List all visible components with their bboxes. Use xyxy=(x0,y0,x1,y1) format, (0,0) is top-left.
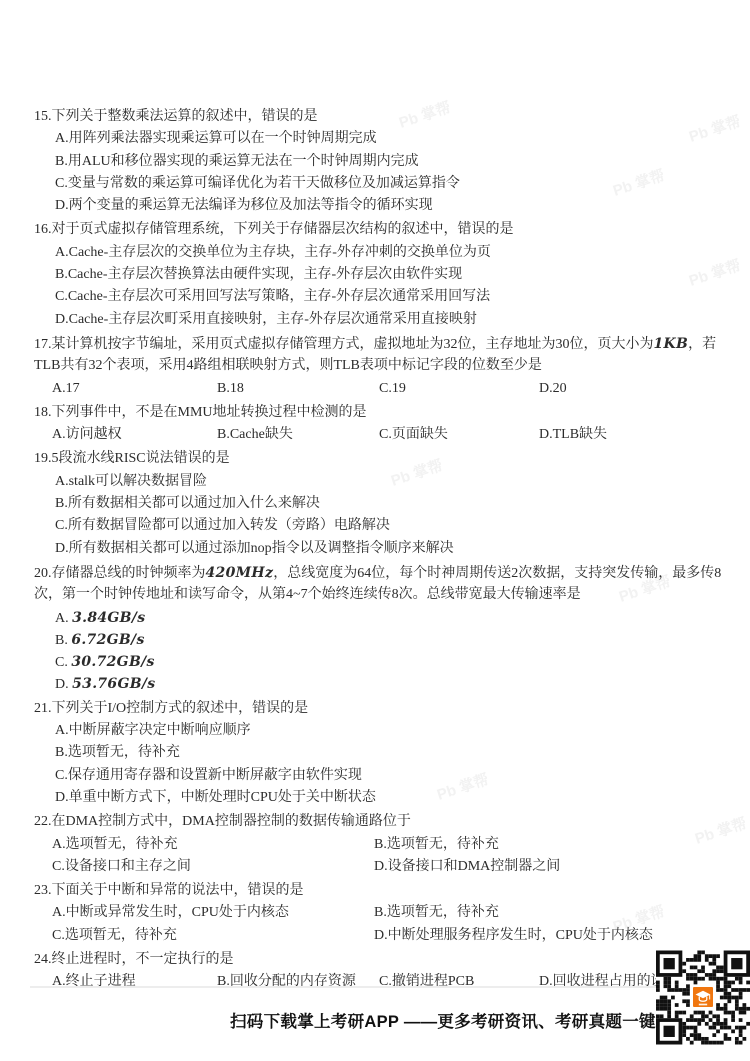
question-16: 16.对于页式虚拟存储管理系统，下列关于存储器层次结构的叙述中，错误的是A.Ca… xyxy=(34,219,734,330)
option: A.中断或异常发生时，CPU处于内核态 xyxy=(52,902,289,924)
option: A.终止子进程 xyxy=(52,971,136,993)
question-stem-line: 22.在DMA控制方式中，DMA控制器控制的数据传输通路位于 xyxy=(34,811,734,833)
question-stem-line: TLB共有32个表项，采用4路组相联映射方式，则TLB表项中标记字段的位数至少是 xyxy=(34,355,734,377)
option: D.TLB缺失 xyxy=(539,424,607,446)
question-21: 21.下列关于I/O控制方式的叙述中，错误的是A.中断屏蔽字决定中断响应顺序B.… xyxy=(34,698,734,809)
option-text: B.选项暂无，待补充 xyxy=(374,905,499,920)
stem-text: 18.下列事件中，不是在MMU地址转换过程中检测的是 xyxy=(34,405,367,420)
option: D.Cache-主存层次町采用直接映射，主存-外存层次通常采用直接映射 xyxy=(55,309,734,331)
option: B.18 xyxy=(217,378,244,400)
math-text: 6.72GB/s xyxy=(71,632,144,648)
option: B.Cache缺失 xyxy=(217,424,293,446)
option: D.两个变量的乘运算无法编译为移位及加法等指令的循环实现 xyxy=(55,195,734,217)
question-15: 15.下列关于整数乘法运算的叙述中，错误的是A.用阵列乘法器实现乘运算可以在一个… xyxy=(34,106,734,217)
option: A.选项暂无，待补充 xyxy=(52,834,178,856)
option: B.用ALU和移位器实现的乘运算无法在一个时钟周期内完成 xyxy=(55,151,734,173)
option: C.保存通用寄存器和设置新中断屏蔽字由软件实现 xyxy=(55,765,734,787)
option-text: B.选项暂无，待补充 xyxy=(374,837,499,852)
option-text: A.17 xyxy=(52,381,80,396)
option: C. 30.72GB/s xyxy=(55,651,734,673)
option: C.撤销进程PCB xyxy=(379,971,474,993)
option: A. 3.84GB/s xyxy=(55,607,734,629)
option-text: B.所有数据相关都可以通过加入什么来解决 xyxy=(55,496,320,511)
math-text: 1KB xyxy=(654,336,689,352)
option: D.所有数据相关都可以通过添加nop指令以及调整指令顺序来解决 xyxy=(55,538,734,560)
question-stem-line: 24.终止进程时，不一定执行的是 xyxy=(34,949,734,971)
question-23: 23.下面关于中断和异常的说法中，错误的是A.中断或异常发生时，CPU处于内核态… xyxy=(34,880,734,947)
option-text: C.设备接口和主存之间 xyxy=(52,859,191,874)
option-text: D. xyxy=(55,677,72,692)
option-row: A.访问越权B.Cache缺失C.页面缺失D.TLB缺失 xyxy=(34,424,734,446)
option-text: C.页面缺失 xyxy=(379,427,448,442)
option: D. 53.76GB/s xyxy=(55,673,734,695)
option: B.选项暂无，待补充 xyxy=(374,902,499,924)
question-stem-line: 20.存储器总线的时钟频率为420MHz，总线宽度为64位，每个时神周期传送2次… xyxy=(34,562,734,584)
option-text: D.中断处理服务程序发生时，CPU处于内核态 xyxy=(374,928,653,943)
option: D.单重中断方式下，中断处理时CPU处于关中断状态 xyxy=(55,787,734,809)
option: D.设备接口和DMA控制器之间 xyxy=(374,856,560,878)
stem-text: 17.某计算机按字节编址，采用页式虚拟存储管理方式，虚拟地址为32位，主存地址为… xyxy=(34,337,654,352)
option-text: A.选项暂无，待补充 xyxy=(52,837,178,852)
option: C.所有数据冒险都可以通过加入转发（旁路）电路解决 xyxy=(55,515,734,537)
stem-text: 16.对于页式虚拟存储管理系统，下列关于存储器层次结构的叙述中，错误的是 xyxy=(34,222,514,237)
question-stem-line: 21.下列关于I/O控制方式的叙述中，错误的是 xyxy=(34,698,734,720)
math-text: 30.72GB/s xyxy=(71,654,154,670)
option-row: C.选项暂无，待补充D.中断处理服务程序发生时，CPU处于内核态 xyxy=(34,925,734,947)
option-text: A.用阵列乘法器实现乘运算可以在一个时钟周期完成 xyxy=(55,131,377,146)
option: B.Cache-主存层次替换算法由硬件实现，主存-外存层次由软件实现 xyxy=(55,264,734,286)
question-17: 17.某计算机按字节编址，采用页式虚拟存储管理方式，虚拟地址为32位，主存地址为… xyxy=(34,333,734,400)
option: B.选项暂无，待补充 xyxy=(55,742,734,764)
stem-text: 24.终止进程时，不一定执行的是 xyxy=(34,952,234,967)
option-text: D.所有数据相关都可以通过添加nop指令以及调整指令顺序来解决 xyxy=(55,541,454,556)
option-text: C.保存通用寄存器和设置新中断屏蔽字由软件实现 xyxy=(55,768,362,783)
option: A.用阵列乘法器实现乘运算可以在一个时钟周期完成 xyxy=(55,128,734,150)
option-text: D.单重中断方式下，中断处理时CPU处于关中断状态 xyxy=(55,790,376,805)
option: C.19 xyxy=(379,378,406,400)
option-text: B.用ALU和移位器实现的乘运算无法在一个时钟周期内完成 xyxy=(55,154,419,169)
stem-text: 15.下列关于整数乘法运算的叙述中，错误的是 xyxy=(34,109,318,124)
stem-text: 20.存储器总线的时钟频率为 xyxy=(34,566,206,581)
math-text: 420MHz xyxy=(206,565,274,581)
stem-text: 19.5段流水线RISC说法错误的是 xyxy=(34,451,230,466)
option-text: D.TLB缺失 xyxy=(539,427,607,442)
graduation-cap-icon xyxy=(693,987,713,1007)
question-stem-line: 次，第一个时钟传地址和读写命令，从第4~7个始终连续传8次。总线带宽最大传输速率… xyxy=(34,584,734,606)
divider xyxy=(30,986,742,988)
option: C.页面缺失 xyxy=(379,424,448,446)
option-text: A.中断或异常发生时，CPU处于内核态 xyxy=(52,905,289,920)
option: A.17 xyxy=(52,378,80,400)
stem-text: 22.在DMA控制方式中，DMA控制器控制的数据传输通路位于 xyxy=(34,814,411,829)
question-stem-line: 16.对于页式虚拟存储管理系统，下列关于存储器层次结构的叙述中，错误的是 xyxy=(34,219,734,241)
question-18: 18.下列事件中，不是在MMU地址转换过程中检测的是A.访问越权B.Cache缺… xyxy=(34,402,734,447)
option-text: C.变量与常数的乘运算可编译优化为若干天做移位及加减运算指令 xyxy=(55,176,460,191)
qr-logo xyxy=(691,985,715,1009)
option-text: D.20 xyxy=(539,381,567,396)
option: B. 6.72GB/s xyxy=(55,629,734,651)
option: A.stalk可以解决数据冒险 xyxy=(55,471,734,493)
question-22: 22.在DMA控制方式中，DMA控制器控制的数据传输通路位于A.选项暂无，待补充… xyxy=(34,811,734,878)
question-stem-line: 15.下列关于整数乘法运算的叙述中，错误的是 xyxy=(34,106,734,128)
question-19: 19.5段流水线RISC说法错误的是A.stalk可以解决数据冒险B.所有数据相… xyxy=(34,448,734,559)
exam-page: Pb 掌帮Pb 掌帮Pb 掌帮Pb 掌帮Pb 掌帮Pb 掌帮Pb 掌帮Pb 掌帮… xyxy=(0,0,750,1061)
option-text: B.18 xyxy=(217,381,244,396)
option: C.变量与常数的乘运算可编译优化为若干天做移位及加减运算指令 xyxy=(55,173,734,195)
option: C.Cache-主存层次可采用回写法写策略，主存-外存层次通常采用回写法 xyxy=(55,286,734,308)
option-text: A.访问越权 xyxy=(52,427,122,442)
option-text: B.Cache-主存层次替换算法由硬件实现，主存-外存层次由软件实现 xyxy=(55,267,462,282)
option: D.20 xyxy=(539,378,567,400)
question-stem-line: 19.5段流水线RISC说法错误的是 xyxy=(34,448,734,470)
option: B.所有数据相关都可以通过加入什么来解决 xyxy=(55,493,734,515)
option-text: C.19 xyxy=(379,381,406,396)
option-row: A.选项暂无，待补充B.选项暂无，待补充 xyxy=(34,834,734,856)
option-text: D.两个变量的乘运算无法编译为移位及加法等指令的循环实现 xyxy=(55,198,433,213)
math-text: 3.84GB/s xyxy=(72,610,145,626)
option-text: A.stalk可以解决数据冒险 xyxy=(55,474,207,489)
option-text: C.Cache-主存层次可采用回写法写策略，主存-外存层次通常采用回写法 xyxy=(55,289,490,304)
option-text: A.中断屏蔽字决定中断响应顺序 xyxy=(55,723,251,738)
option-text: B.选项暂无，待补充 xyxy=(55,745,180,760)
stem-text: TLB共有32个表项，采用4路组相联映射方式，则TLB表项中标记字段的位数至少是 xyxy=(34,358,542,373)
option-text: C. xyxy=(55,655,71,670)
stem-text: 次，第一个时钟传地址和读写命令，从第4~7个始终连续传8次。总线带宽最大传输速率… xyxy=(34,587,581,602)
footer-text: 扫码下载掌上考研APP ——更多考研资讯、考研真题一键获取 xyxy=(230,1008,689,1032)
question-stem-line: 17.某计算机按字节编址，采用页式虚拟存储管理方式，虚拟地址为32位，主存地址为… xyxy=(34,333,734,355)
option: B.回收分配的内存资源 xyxy=(217,971,356,993)
option: D.回收进程占用的设 xyxy=(539,971,665,993)
stem-text: ，总线宽度为64位，每个时神周期传送2次数据，支持突发传输，最多传8 xyxy=(273,566,721,581)
option: A.Cache-主存层次的交换单位为主存块，主存-外存冲刺的交换单位为页 xyxy=(55,242,734,264)
stem-text: 21.下列关于I/O控制方式的叙述中，错误的是 xyxy=(34,701,308,716)
option: A.中断屏蔽字决定中断响应顺序 xyxy=(55,720,734,742)
option-text: B.Cache缺失 xyxy=(217,427,293,442)
option-text: B. xyxy=(55,633,71,648)
option-row: A.中断或异常发生时，CPU处于内核态B.选项暂无，待补充 xyxy=(34,902,734,924)
math-text: 53.76GB/s xyxy=(72,676,155,692)
option-text: D.设备接口和DMA控制器之间 xyxy=(374,859,560,874)
question-20: 20.存储器总线的时钟频率为420MHz，总线宽度为64位，每个时神周期传送2次… xyxy=(34,562,734,696)
question-stem-line: 18.下列事件中，不是在MMU地址转换过程中检测的是 xyxy=(34,402,734,424)
question-list: 15.下列关于整数乘法运算的叙述中，错误的是A.用阵列乘法器实现乘运算可以在一个… xyxy=(34,106,734,994)
option: D.中断处理服务程序发生时，CPU处于内核态 xyxy=(374,925,653,947)
option-row: A.17B.18C.19D.20 xyxy=(34,378,734,400)
option-row: A.终止子进程B.回收分配的内存资源C.撤销进程PCBD.回收进程占用的设 xyxy=(34,971,734,993)
stem-text: 23.下面关于中断和异常的说法中，错误的是 xyxy=(34,883,304,898)
option-text: A. xyxy=(55,611,72,626)
option: C.设备接口和主存之间 xyxy=(52,856,191,878)
option-text: C.选项暂无，待补充 xyxy=(52,928,177,943)
option: C.选项暂无，待补充 xyxy=(52,925,177,947)
qr-code xyxy=(656,950,750,1045)
option-text: A.Cache-主存层次的交换单位为主存块，主存-外存冲刺的交换单位为页 xyxy=(55,245,491,260)
option-row: C.设备接口和主存之间D.设备接口和DMA控制器之间 xyxy=(34,856,734,878)
question-stem-line: 23.下面关于中断和异常的说法中，错误的是 xyxy=(34,880,734,902)
option-text: C.所有数据冒险都可以通过加入转发（旁路）电路解决 xyxy=(55,518,390,533)
option-text: D.Cache-主存层次町采用直接映射，主存-外存层次通常采用直接映射 xyxy=(55,312,477,327)
option: A.访问越权 xyxy=(52,424,122,446)
option: B.选项暂无，待补充 xyxy=(374,834,499,856)
stem-text: ，若 xyxy=(688,337,716,352)
